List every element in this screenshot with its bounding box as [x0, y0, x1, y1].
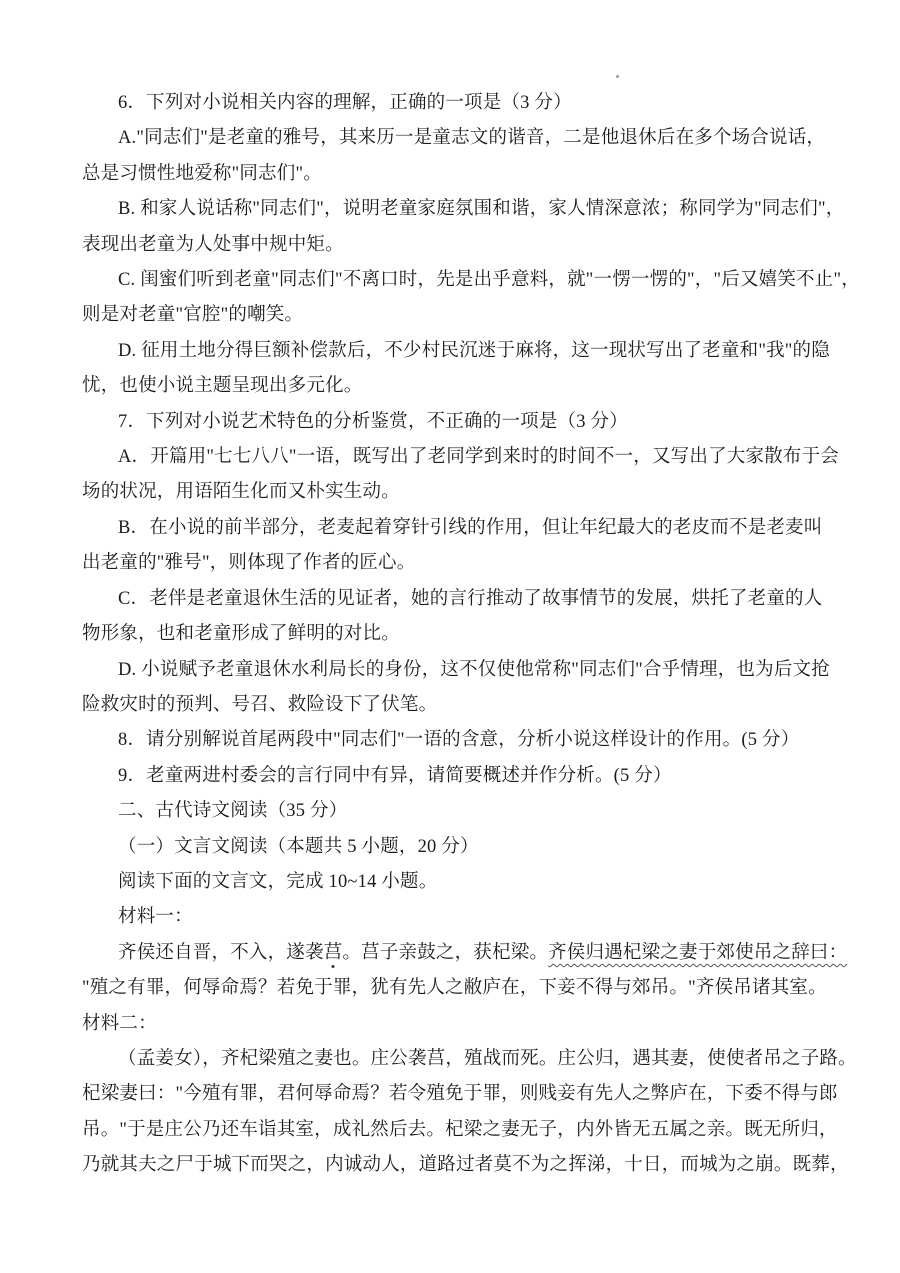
doc-line: 7．下列对小说艺术特色的分析鉴赏，不正确的一项是（3 分）: [82, 405, 890, 440]
text-segment: 9．老童两进村委会的言行同中有异，请简要概述并作分析。(5 分）: [118, 766, 672, 786]
text-segment: 出老童的"雅号"，则体现了作者的匠心。: [82, 553, 415, 573]
doc-line: B. 和家人说话称"同志们"，说明老童家庭氛围和谐，家人情深意浓；称同学为"同志…: [82, 192, 890, 227]
text-segment: B. 和家人说话称"同志们"，说明老童家庭氛围和谐，家人情深意浓；称同学为"同志…: [118, 199, 844, 219]
doc-line: 物形象，也和老童形成了鲜明的对比。: [82, 617, 890, 652]
ink-speck: [616, 75, 619, 78]
text-segment: 物形象，也和老童形成了鲜明的对比。: [82, 624, 400, 644]
doc-line: （孟姜女），齐杞梁殖之妻也。庄公袭莒，殖战而死。庄公归，遇其妻，使使者吊之子路。: [82, 1042, 890, 1077]
text-segment: "殖之有罪，何辱命焉？若免于罪，犹有先人之敝庐在，下妾不得与郊吊。"齐侯吊诸其室…: [82, 978, 827, 998]
doc-line: （一）文言文阅读（本题共 5 小题，20 分）: [82, 830, 890, 865]
text-segment: 险救灾时的预判、号召、救险设下了伏笔。: [82, 695, 437, 715]
text-segment: （一）文言文阅读（本题共 5 小题，20 分）: [118, 837, 479, 857]
doc-line: 杞梁妻曰："今殖有罪，君何辱命焉？若令殖免于罪，则贱妾有先人之弊庐在，下委不得与…: [82, 1077, 890, 1112]
doc-line: 则是对老童"官腔"的嘲笑。: [82, 298, 890, 333]
doc-line: A．开篇用"七七八八"一语，既写出了老同学到来时的时间不一，又写出了大家散布于会: [82, 440, 890, 475]
text-segment: 总是习惯性地爱称"同志们"。: [82, 164, 322, 184]
doc-line: 场的状况，用语陌生化而又朴实生动。: [82, 475, 890, 510]
doc-line: 9．老童两进村委会的言行同中有异，请简要概述并作分析。(5 分）: [82, 759, 890, 794]
document-body: 6．下列对小说相关内容的理解，正确的一项是（3 分）A."同志们"是老童的雅号，…: [82, 86, 890, 1184]
doc-line: D. 征用土地分得巨额补偿款后，不少村民沉迷于麻将，这一现状写出了老童和"我"的…: [82, 334, 890, 369]
text-segment: 8．请分别解说首尾两段中"同志们"一语的含意，分析小说这样设计的作用。(5 分）: [118, 730, 799, 750]
text-segment: C. 闺蜜们听到老童"同志们"不离口时，先是出乎意料，就"一愣一愣的"，"后又嬉…: [118, 270, 860, 290]
text-segment: 吊。"于是庄公乃还车诣其室，成礼然后去。杞梁之妻无子，内外皆无五属之亲。既无所归…: [82, 1120, 838, 1140]
text-segment: D. 征用土地分得巨额补偿款后，不少村民沉迷于麻将，这一现状写出了老童和"我"的…: [118, 341, 830, 361]
doc-line: 齐侯还自晋，不入，遂袭莒。莒子亲鼓之，获杞梁。齐侯归遇杞梁之妻于郊使吊之辞曰：: [82, 936, 890, 971]
doc-line: 吊。"于是庄公乃还车诣其室，成礼然后去。杞梁之妻无子，内外皆无五属之亲。既无所归…: [82, 1113, 890, 1148]
doc-line: 6．下列对小说相关内容的理解，正确的一项是（3 分）: [82, 86, 890, 121]
document-page: 6．下列对小说相关内容的理解，正确的一项是（3 分）A."同志们"是老童的雅号，…: [0, 0, 900, 1273]
text-segment: A．开篇用"七七八八"一语，既写出了老同学到来时的时间不一，又写出了大家散布于会: [118, 447, 839, 467]
text-segment: 6．下列对小说相关内容的理解，正确的一项是（3 分）: [118, 93, 572, 113]
doc-line: 乃就其夫之尸于城下而哭之，内诚动人，道路过者莫不为之挥涕，十日，而城为之崩。既葬…: [82, 1148, 890, 1183]
text-segment: 7．下列对小说艺术特色的分析鉴赏，不正确的一项是（3 分）: [118, 412, 628, 432]
text-segment: 材料二：: [82, 1014, 157, 1034]
text-segment: A."同志们"是老童的雅号，其来历一是童志文的谐音，二是他退休后在多个场合说话，: [118, 128, 825, 148]
doc-line: 8．请分别解说首尾两段中"同志们"一语的含意，分析小说这样设计的作用。(5 分）: [82, 723, 890, 758]
doc-line: 总是习惯性地爱称"同志们"。: [82, 157, 890, 192]
text-segment: （孟姜女），齐杞梁殖之妻也。庄公袭莒，殖战而死。庄公归，遇其妻，使使者吊之子路。: [118, 1049, 857, 1069]
text-segment: 表现出老童为人处事中规中矩。: [82, 235, 344, 255]
doc-line: D. 小说赋予老童退休水利局长的身份，这不仅使他常称"同志们"合乎情理，也为后文…: [82, 653, 890, 688]
text-segment: 二、古代诗文阅读（35 分）: [118, 801, 347, 821]
doc-line: 材料二：: [82, 1007, 890, 1042]
doc-line: "殖之有罪，何辱命焉？若免于罪，犹有先人之敝庐在，下妾不得与郊吊。"齐侯吊诸其室…: [82, 971, 890, 1006]
doc-line: C. 闺蜜们听到老童"同志们"不离口时，先是出乎意料，就"一愣一愣的"，"后又嬉…: [82, 263, 890, 298]
text-segment: C．老伴是老童退休生活的见证者，她的言行推动了故事情节的发展，烘托了老童的人: [118, 589, 822, 609]
text-segment: 阅读下面的文言文，完成 10~14 小题。: [118, 872, 437, 892]
text-segment: 杞梁妻曰："今殖有罪，君何辱命焉？若令殖免于罪，则贱妾有先人之弊庐在，下委不得与…: [82, 1084, 838, 1104]
doc-line: 忧，也使小说主题呈现出多元化。: [82, 369, 890, 404]
text-segment: D. 小说赋予老童退休水利局长的身份，这不仅使他常称"同志们"合乎情理，也为后文…: [118, 660, 830, 680]
text-segment: 齐侯还自晋，不入，遂袭: [118, 943, 324, 963]
doc-line: 表现出老童为人处事中规中矩。: [82, 228, 890, 263]
doc-line: 材料一：: [82, 900, 890, 935]
emphasis-dotted-char: 莒: [324, 943, 343, 963]
doc-line: 险救灾时的预判、号召、救险设下了伏笔。: [82, 688, 890, 723]
text-segment: 场的状况，用语陌生化而又朴实生动。: [82, 482, 400, 502]
doc-line: A."同志们"是老童的雅号，其来历一是童志文的谐音，二是他退休后在多个场合说话，: [82, 121, 890, 156]
doc-line: B．在小说的前半部分，老麦起着穿针引线的作用，但让年纪最大的老皮而不是老麦叫: [82, 511, 890, 546]
text-segment: 乃就其夫之尸于城下而哭之，内诚动人，道路过者莫不为之挥涕，十日，而城为之崩。既葬…: [82, 1155, 849, 1175]
wavy-underlined-segment: 齐侯归遇杞梁之妻于郊使吊之辞曰：: [548, 943, 847, 963]
text-segment: 材料一：: [118, 907, 193, 927]
doc-line: 出老童的"雅号"，则体现了作者的匠心。: [82, 546, 890, 581]
doc-line: C．老伴是老童退休生活的见证者，她的言行推动了故事情节的发展，烘托了老童的人: [82, 582, 890, 617]
text-segment: B．在小说的前半部分，老麦起着穿针引线的作用，但让年纪最大的老皮而不是老麦叫: [118, 518, 822, 538]
doc-line: 二、古代诗文阅读（35 分）: [82, 794, 890, 829]
doc-line: 阅读下面的文言文，完成 10~14 小题。: [82, 865, 890, 900]
text-segment: 。莒子亲鼓之，获杞梁。: [342, 943, 548, 963]
text-segment: 忧，也使小说主题呈现出多元化。: [82, 376, 363, 396]
text-segment: 则是对老童"官腔"的嘲笑。: [82, 305, 303, 325]
